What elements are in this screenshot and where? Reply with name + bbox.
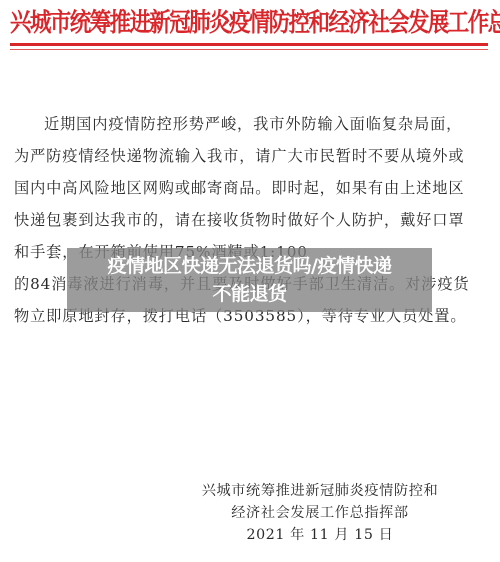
body-line: 近期国内疫情防控形势严峻，我市外防输入面临复杂局面， bbox=[14, 108, 488, 140]
body-line: 国内中高风险地区网购或邮寄商品。即时起，如果有由上述地区 bbox=[14, 172, 488, 204]
signature-org-line1: 兴城市统筹推进新冠肺炎疫情防控和 bbox=[180, 480, 460, 502]
signature-org-line2: 经济社会发展工作总指挥部 bbox=[180, 502, 460, 524]
body-line: 为严防疫情经快递物流输入我市，请广大市民暂时不要从境外或 bbox=[14, 140, 488, 172]
document-signature: 兴城市统筹推进新冠肺炎疫情防控和 经济社会发展工作总指挥部 2021 年 11 … bbox=[180, 480, 460, 546]
caption-line1: 疫情地区快递无法退货吗/疫情快递 bbox=[67, 252, 432, 280]
document-header-title: 兴城市统筹推进新冠肺炎疫情防控和经济社会发展工作总指挥部 bbox=[10, 5, 488, 43]
header-rule-thin bbox=[10, 49, 488, 50]
caption-line2: 不能退货 bbox=[67, 280, 432, 308]
signature-date: 2021 年 11 月 15 日 bbox=[180, 524, 460, 546]
caption-text: 疫情地区快递无法退货吗/疫情快递 不能退货 bbox=[67, 252, 432, 308]
caption-overlay: 疫情地区快递无法退货吗/疫情快递 不能退货 bbox=[67, 248, 432, 312]
header-rule-thick bbox=[10, 43, 488, 46]
body-line: 快递包裹到达我市的，请在接收货物时做好个人防护，戴好口罩 bbox=[14, 204, 488, 236]
